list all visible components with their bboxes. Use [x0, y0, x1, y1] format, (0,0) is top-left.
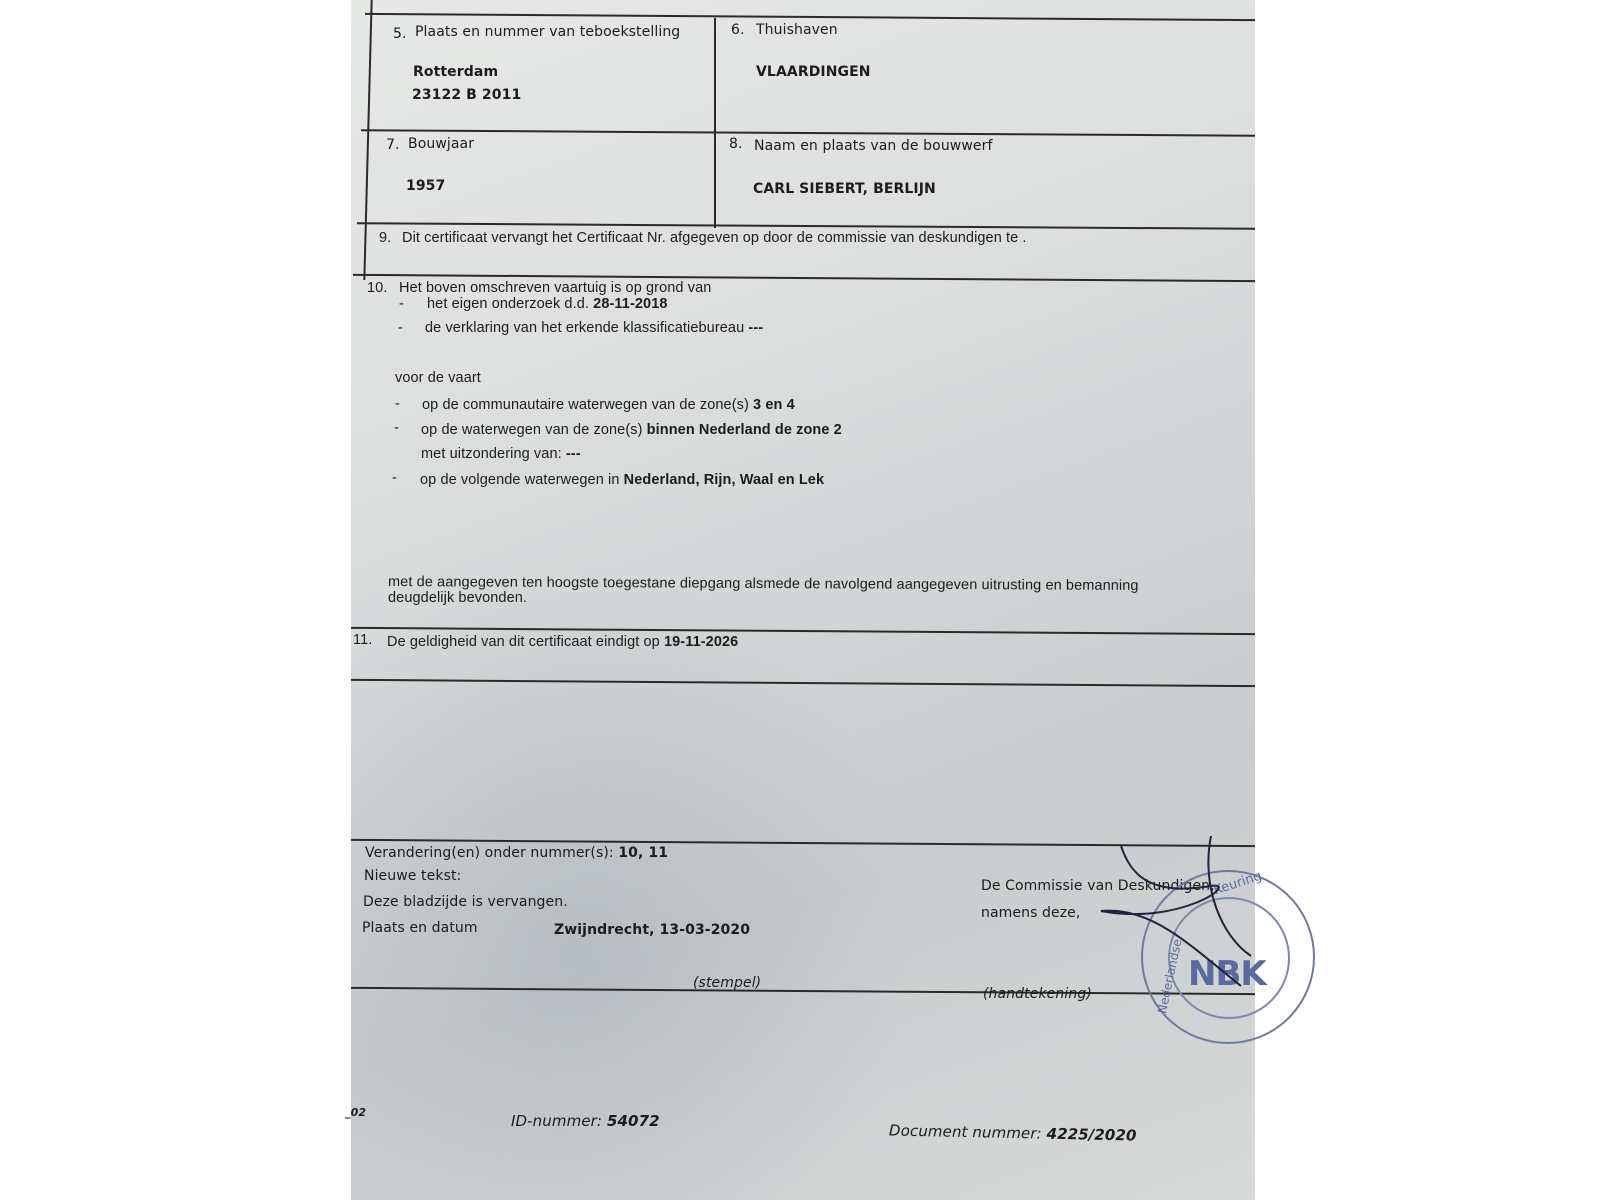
field-9-number: 9. [379, 230, 391, 246]
waterway-bullet: - [395, 396, 400, 412]
divider [361, 129, 1255, 136]
certificate-page: 5. Plaats en nummer van teboekstelling R… [351, 0, 1255, 1200]
basis-bullet: - [398, 320, 403, 336]
waterway-item: op de communautaire waterwegen van de zo… [422, 397, 795, 413]
basis-item: de verklaring van het erkende klassifica… [425, 320, 763, 336]
field-7-number: 7. [386, 137, 400, 153]
border-left [363, 0, 372, 280]
field-8-number: 8. [729, 136, 743, 152]
replaced-note: Deze bladzijde is vervangen. [363, 894, 568, 910]
field-6-number: 6. [731, 22, 745, 38]
field-10-closing-line-2: deugdelijk bevonden. [388, 590, 527, 606]
id-number: ID-nummer: 54072 [511, 1112, 660, 1130]
basis-item: het eigen onderzoek d.d. 28-11-2018 [427, 296, 668, 312]
column-divider [714, 18, 716, 228]
divider [357, 222, 1255, 229]
field-10-number: 10. [367, 280, 387, 296]
field-6-label: Thuishaven [756, 22, 838, 38]
signature-label: (handtekening) [983, 986, 1092, 1002]
page-code: _02 [345, 1106, 366, 1119]
waterway-item: op de volgende waterwegen in Nederland, … [420, 472, 824, 488]
waterway-bullet: - [392, 470, 397, 486]
divider [365, 13, 1255, 21]
voor-de-vaart-heading: voor de vaart [395, 370, 481, 386]
field-10-intro: Het boven omschreven vaartuig is op gron… [399, 280, 711, 296]
changes-label: Verandering(en) onder nummer(s): 10, 11 [365, 845, 668, 861]
document-number: Document nummer: 4225/2020 [889, 1121, 1137, 1144]
field-5-label: Plaats en nummer van teboekstelling [415, 24, 680, 40]
field-5-registration-number: 23122 B 2011 [412, 87, 521, 103]
waterway-item: met uitzondering van: --- [421, 446, 581, 462]
field-7-build-year: 1957 [406, 178, 445, 194]
field-8-shipyard: CARL SIEBERT, BERLIJN [753, 181, 936, 197]
new-text-label: Nieuwe tekst: [364, 868, 461, 884]
waterway-bullet: - [394, 420, 399, 436]
place-date-value: Zwijndrecht, 13-03-2020 [554, 922, 750, 938]
signature-scribble [1091, 836, 1255, 1006]
field-7-label: Bouwjaar [408, 136, 474, 152]
waterway-item: op de waterwegen van de zone(s) binnen N… [421, 422, 842, 438]
divider [351, 679, 1255, 687]
basis-bullet: - [399, 296, 404, 312]
field-11-validity: De geldigheid van dit certificaat eindig… [387, 634, 738, 650]
stamp-label: (stempel) [693, 975, 761, 991]
field-11-number: 11. [353, 632, 372, 648]
field-8-label: Naam en plaats van de bouwwerf [754, 138, 992, 154]
commission-line-2: namens deze, [981, 905, 1080, 921]
field-5-number: 5. [393, 26, 407, 42]
field-9-text: Dit certificaat vervangt het Certificaat… [402, 230, 1027, 246]
field-6-home-port: VLAARDINGEN [756, 64, 871, 80]
field-5-place: Rotterdam [413, 64, 498, 80]
place-date-label: Plaats en datum [362, 920, 478, 936]
